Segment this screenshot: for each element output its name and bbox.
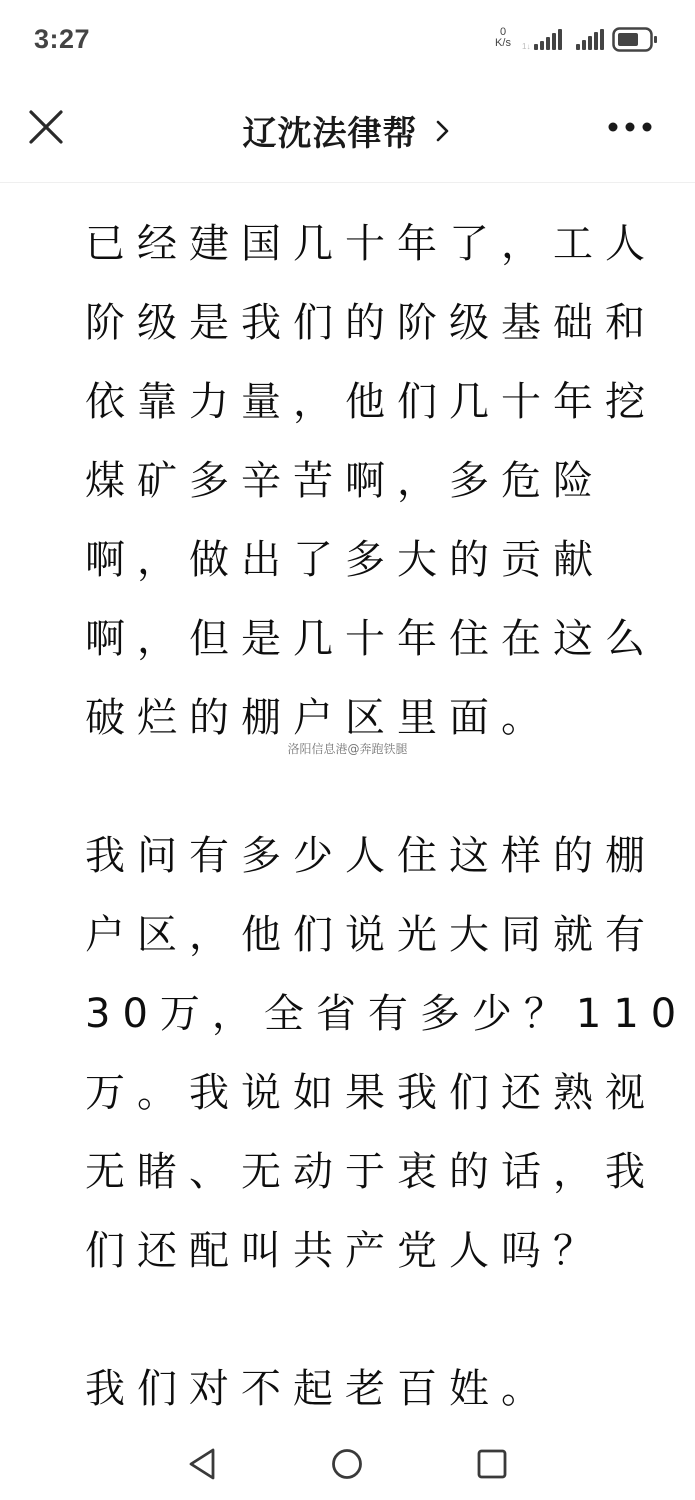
status-time: 3:27 <box>34 24 90 55</box>
svg-text:1↓: 1↓ <box>522 42 530 51</box>
status-bar: 3:27 0 K/s 1↓ <box>0 0 695 80</box>
text-line: 啊，但是几十年住在这么 <box>85 600 622 679</box>
account-title-link[interactable]: 辽沈法律帮 <box>0 106 695 150</box>
signal-icon-sim2 <box>576 29 606 51</box>
battery-icon <box>612 27 658 52</box>
text-line: 阶级是我们的阶级基础和 <box>85 284 622 363</box>
text-line: 啊，做出了多大的贡献 <box>85 521 622 600</box>
article-paragraph: 我们对不起老百姓。 <box>85 1350 622 1429</box>
image-watermark: 洛阳信息港@奔跑铁腿 <box>0 740 695 757</box>
text-line: 已经建国几十年了，工人 <box>85 205 622 284</box>
back-icon <box>184 1446 220 1482</box>
network-speed-unit: K/s <box>490 38 516 49</box>
screen: 3:27 0 K/s 1↓ <box>0 0 695 1500</box>
recents-button[interactable] <box>474 1446 510 1482</box>
text-line: 万。我说如果我们还熟视 <box>85 1054 622 1133</box>
article-body: 已经建国几十年了，工人 阶级是我们的阶级基础和 依靠力量，他们几十年挖 煤矿多辛… <box>85 205 610 1429</box>
text-line: 我问有多少人住这样的棚 <box>85 817 622 896</box>
text-line: 我们对不起老百姓。 <box>85 1350 622 1429</box>
home-icon <box>329 1446 365 1482</box>
text-line: 户区，他们说光大同就有 <box>85 896 622 975</box>
text-line: 煤矿多辛苦啊，多危险 <box>85 442 622 521</box>
signal-icon-sim1: 1↓ <box>522 29 564 51</box>
home-button[interactable] <box>329 1446 365 1482</box>
system-nav-bar <box>0 1430 695 1500</box>
chevron-right-icon <box>433 117 453 145</box>
network-speed: 0 K/s <box>490 27 516 49</box>
text-line: 依靠力量，他们几十年挖 <box>85 363 622 442</box>
article-paragraph: 我问有多少人住这样的棚 户区，他们说光大同就有 30万，全省有多少？110 万。… <box>85 817 622 1291</box>
app-header: 辽沈法律帮 <box>0 80 695 183</box>
text-line: 们还配叫共产党人吗？ <box>85 1212 622 1291</box>
recents-icon <box>474 1446 510 1482</box>
article-paragraph: 已经建国几十年了，工人 阶级是我们的阶级基础和 依靠力量，他们几十年挖 煤矿多辛… <box>85 205 622 758</box>
text-line: 无睹、无动于衷的话，我 <box>85 1133 622 1212</box>
page-title: 辽沈法律帮 <box>242 106 417 155</box>
more-options-button[interactable] <box>606 116 656 138</box>
back-button[interactable] <box>184 1446 220 1482</box>
more-dots-icon <box>606 116 656 138</box>
text-line: 30万，全省有多少？110 <box>85 975 622 1054</box>
